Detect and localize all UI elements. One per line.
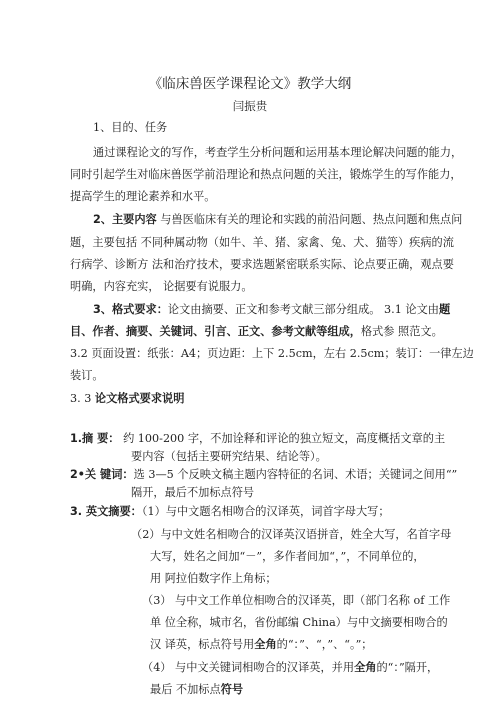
section-2-text-line: 题，主要包括 不同种属动物（如牛、羊、猪、家禽、兔、犬、猫等）疾病的流: [70, 236, 454, 250]
item-3-label: 3. 英文摘要：: [70, 505, 142, 518]
section-2-line: 2、主要内容 与兽医临床有关的理论和实践的前沿问题、热点问题和焦点问: [93, 213, 462, 227]
section-2-text-line: 明确，内容充实， 论据要有说服力。: [70, 280, 253, 294]
section-2-text: 与兽医临床有关的理论和实践的前沿问题、热点问题和焦点问: [160, 213, 462, 226]
item-3-point-2: （2）与中文姓名相吻合的汉译英汉语拼音，姓全大写，名首字母: [131, 528, 451, 542]
section-3-text: 格式参 照范文。: [361, 325, 443, 338]
item-3-point-2-cont: 大写，姓名之间加“－”，多作者间加“，”，不同单位的，: [150, 550, 425, 564]
item-3-point-3-cont: 单 位全称，城市名，省份邮编 China）与中文摘要相吻合的: [150, 616, 448, 630]
item-3-text: 汉 译英，标点符号用: [150, 638, 254, 651]
section-3-3-number: 3. 3: [70, 392, 91, 405]
section-3-label: 3、格式要求：: [93, 303, 168, 316]
item-1-line: 1.摘 要： 约 100-200 字，不加诠释和评论的独立短文，高度概括文章的主: [70, 432, 445, 446]
item-3-point-3-cont: 汉 译英，标点符号用全角的“：”、“，”、“。”；: [150, 638, 372, 652]
document-title: 《临床兽医学课程论文》教学大纲: [0, 77, 500, 91]
item-2-line: 2•关 键词：选 3—5 个反映文稿主题内容特征的名词、术语；关键词之间用“”: [70, 468, 457, 482]
item-3-point-3: （3） 与中文工作单位相吻合的汉译英，即（部门名称 of 工作: [142, 594, 450, 608]
item-2-text: 选 3—5 个反映文稿主题内容特征的名词、术语；关键词之间用“”: [134, 468, 458, 481]
item-3-text: （4） 与中文关键词相吻合的汉译英，并用: [142, 661, 354, 674]
item-3-bold-text: 全角: [354, 661, 376, 674]
item-3-bold-text: 全角: [254, 638, 276, 651]
section-3-bold-text: 目、作者、摘要、关键词、引言、正文、参考文献等组成，: [70, 325, 361, 338]
item-2-label: 2•关 键词：: [70, 468, 134, 481]
section-3-line-2: 目、作者、摘要、关键词、引言、正文、参考文献等组成，格式参 照范文。: [70, 325, 443, 339]
item-2-text-line: 隔开，最后不加标点符号: [131, 486, 254, 500]
section-2-label: 2、主要内容: [93, 213, 157, 226]
section-3-text: 论文由摘要、正文和参考文献三部分组成。 3.1 论文由: [168, 303, 439, 316]
item-1-text: 约 100-200 字，不加诠释和评论的独立短文，高度概括文章的主: [123, 432, 445, 445]
section-1-text-line: 提高学生的理论素养和水平。: [70, 190, 215, 204]
item-3-text: 的“：”隔开，: [376, 661, 438, 674]
page-setup-line: 装订。: [70, 369, 104, 383]
item-3-point-4-cont: 最后 不加标点符号: [150, 683, 243, 697]
item-3-line: 3. 英文摘要：（1）与中文题名相吻合的汉译英，词首字母大写；: [70, 505, 390, 519]
section-3-3-heading: 3. 3 论文格式要求说明: [70, 392, 184, 406]
item-3-point-1: （1）与中文题名相吻合的汉译英，词首字母大写；: [142, 505, 390, 518]
item-3-text: 的“：”、“，”、“。”；: [277, 638, 373, 651]
item-3-point-2-cont: 用 阿拉伯数字作上角标；: [150, 572, 277, 586]
section-3-line: 3、格式要求：论文由摘要、正文和参考文献三部分组成。 3.1 论文由题: [93, 303, 450, 317]
section-2-text-line: 行病学、诊断方 法和治疗技术，要求选题紧密联系实际、论点要正确，观点要: [70, 258, 454, 272]
item-3-text: 最后 不加标点: [150, 683, 221, 696]
section-1-text-line: 同时引起学生对临床兽医学前沿理论和热点问题的关注，锻炼学生的写作能力，: [70, 168, 462, 182]
section-1-heading: 1、目的、任务: [93, 121, 167, 135]
section-3-bold-tail: 题: [439, 303, 450, 316]
author-name: 闫振贵: [0, 99, 500, 113]
section-3-3-title: 论文格式要求说明: [95, 392, 185, 405]
item-1-label: 1.摘 要：: [70, 432, 120, 445]
page-setup-line: 3.2 页面设置：纸张：A4；页边距：上下 2.5cm，左右 2.5cm；装订：…: [70, 347, 474, 361]
item-1-text-line: 要内容（包括主要研究结果、结论等）。: [131, 450, 327, 464]
section-1-text-line: 通过课程论文的写作，考查学生分析问题和运用基本理论解决问题的能力，: [93, 146, 462, 160]
item-3-point-4: （4） 与中文关键词相吻合的汉译英，并用全角的“：”隔开，: [142, 661, 438, 675]
item-3-bold-text: 符号: [221, 683, 243, 696]
